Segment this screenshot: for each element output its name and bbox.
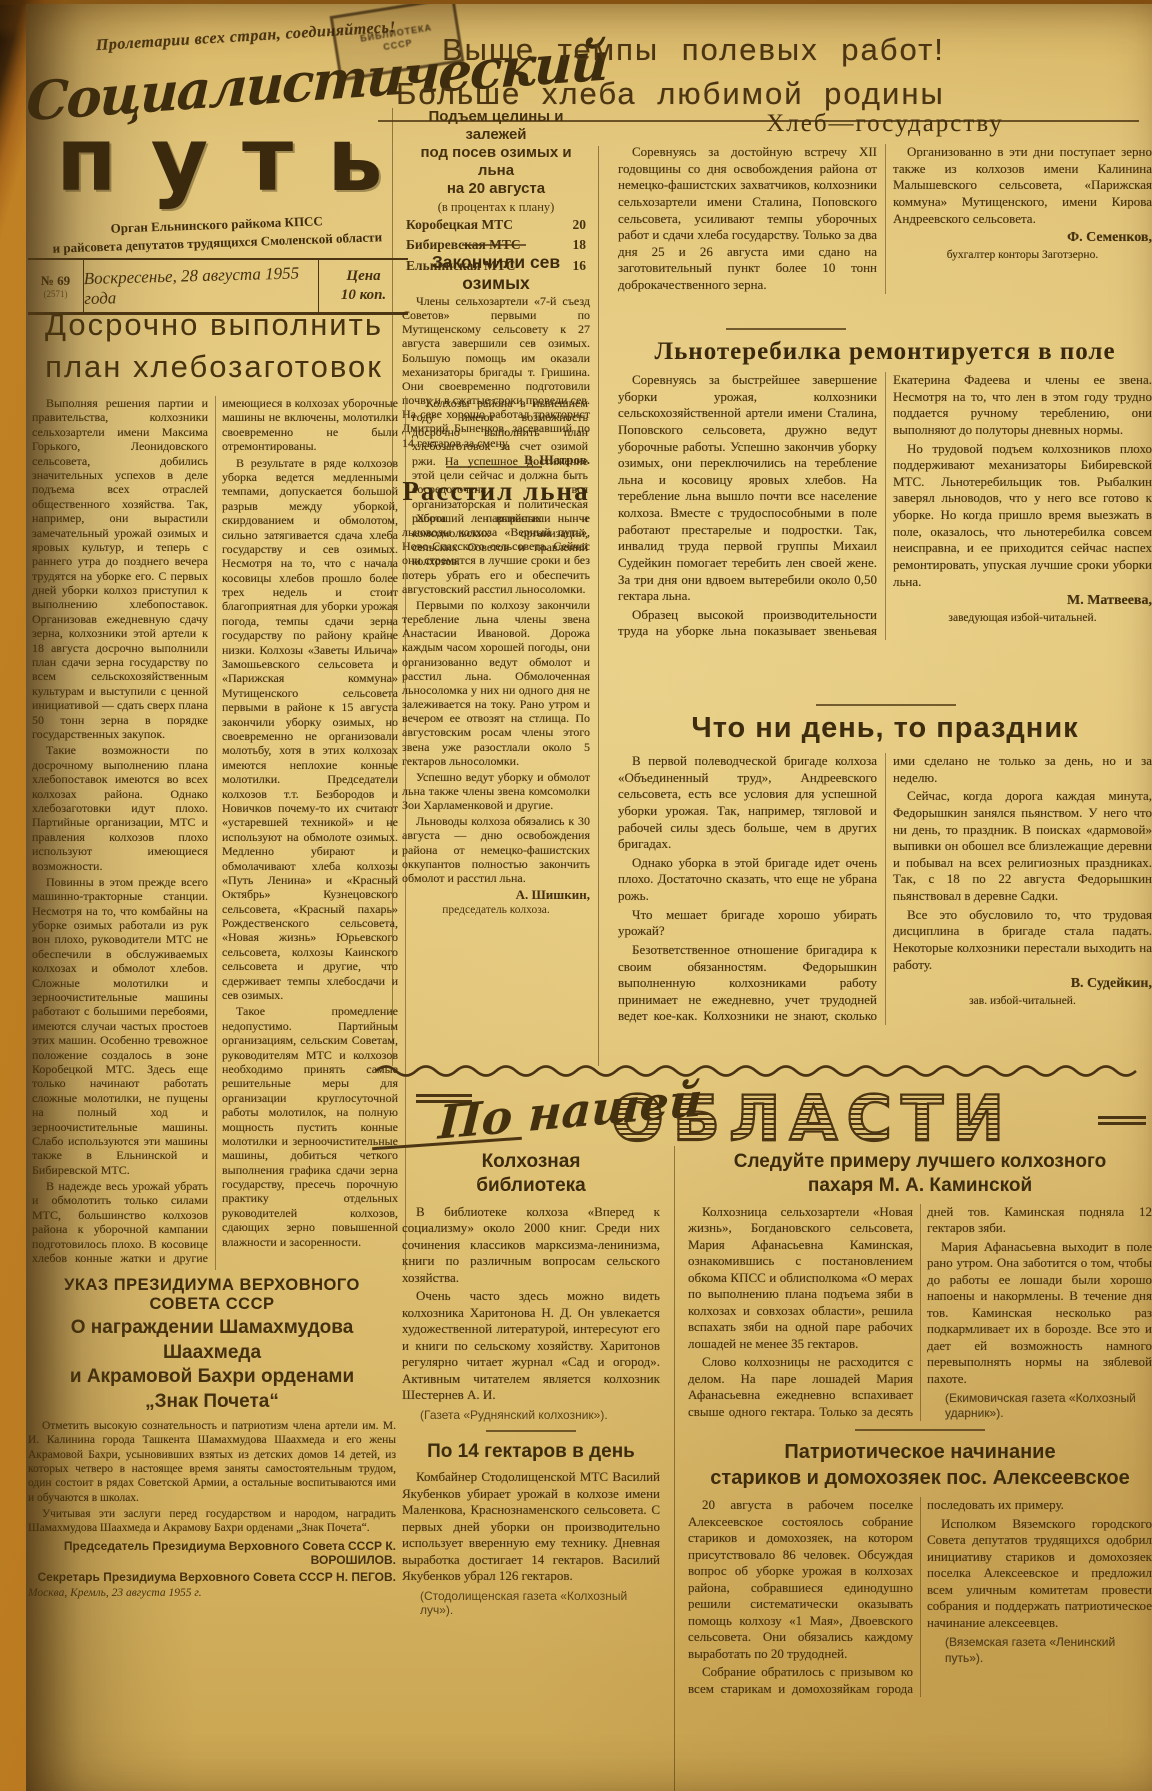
price-value: 10 коп.	[341, 286, 386, 306]
wavy-divider	[376, 1064, 1152, 1078]
paragraph: Повинны в этом прежде всего машинно-трак…	[32, 875, 208, 1177]
hectares-body: Комбайнер Стодолищенской МТС Василий Яку…	[402, 1469, 660, 1585]
editorial-body: Выполняя решения партии и правительства,…	[32, 396, 398, 1270]
paragraph: Хороший лен вырастили нынче льноводы кол…	[402, 511, 590, 596]
paragraph: 20 августа в рабочем поселке Алексеевско…	[688, 1497, 913, 1662]
paragraph: Комбайнер Стодолищенской МТС Василий Яку…	[402, 1469, 660, 1585]
prazdnik-signature-role: зав. избой-читальней.	[893, 994, 1152, 1009]
newspaper-page: Пролетарии всех стран, соединяйтесь! БИБ…	[26, 4, 1152, 1791]
progress-title-line: Подъем целины и залежей	[402, 108, 590, 144]
editorial-title: Досрочно выполнить план хлебозаготовок	[28, 304, 400, 388]
paragraph: Такое промедление недопустимо. Партийным…	[222, 1004, 398, 1249]
ukaz-subtitle: О награждении Шамахмудова Шаахмеда и Акр…	[28, 1316, 396, 1415]
article-lnoterebilka: Льнотеребилка ремонтируется в поле Сорев…	[618, 338, 1152, 640]
hectares-title: По 14 гектаров в день	[402, 1440, 660, 1464]
patriot-title: Патриотическое начинание стариков и домо…	[688, 1439, 1152, 1491]
column-rule	[674, 1146, 675, 1791]
masthead-title-block: путь	[32, 116, 404, 204]
editorial-title-line: план хлебозаготовок	[28, 346, 400, 388]
paragraph: Соревнуясь за быстрейшее завершение убор…	[618, 372, 877, 605]
paragraph: Члены сельхозартели «7-й съезд Советов» …	[402, 294, 590, 450]
paragraph: Сейчас, когда дорога каждая минута, Федо…	[893, 788, 1152, 904]
library-title: Колхозная библиотека	[402, 1150, 660, 1198]
paragraph: В первой полеводческой бригаде колхоза «…	[618, 753, 877, 853]
paragraph: В библиотеке колхоза «Вперед к социализм…	[402, 1204, 660, 1287]
paragraph: Выполняя решения партии и правительства,…	[32, 396, 208, 741]
kaminskaya-title-line: пахаря М. А. Каминской	[688, 1174, 1152, 1198]
library-title-line: Колхозная	[402, 1150, 660, 1174]
progress-title: Подъем целины и залежей под посев озимых…	[402, 108, 590, 198]
prazdnik-body: В первой полеводческой бригаде колхоза «…	[618, 753, 1152, 1025]
issue-number: № 69	[41, 273, 70, 289]
library-body: В библиотеке колхоза «Вперед к социализм…	[402, 1204, 660, 1404]
mts-name: Коробецкая МТС	[406, 215, 513, 235]
paragraph: Что мешает бригаде хорошо убирать урожай…	[618, 907, 877, 940]
patriot-title-line: стариков и домохозяек пос. Алексеевское	[688, 1465, 1152, 1491]
hleb-title: Хлеб—государству	[618, 110, 1152, 138]
sev-title: Закончили сев озимых	[402, 252, 590, 294]
kaminskaya-title-line: Следуйте примеру лучшего колхозного	[688, 1150, 1152, 1174]
rasstil-signature: А. Шишкин,	[402, 887, 590, 903]
table-row: Коробецкая МТС 20	[402, 215, 590, 235]
separator	[855, 1429, 985, 1431]
ukaz-subtitle-line: „Знак Почета“	[28, 1390, 396, 1415]
bottom-column-a: Колхозная библиотека В библиотеке колхоз…	[402, 1150, 660, 1617]
progress-box: Подъем целины и залежей под посев озимых…	[402, 108, 590, 276]
article-ukaz: УКАЗ ПРЕЗИДИУМА ВЕРХОВНОГО СОВЕТА СССР О…	[28, 1276, 396, 1599]
prazdnik-signature: В. Судейкин,	[893, 975, 1152, 993]
prazdnik-title: Что ни день, то праздник	[618, 712, 1152, 745]
ukaz-signature-1: Председатель Президиума Верховного Совет…	[28, 1539, 396, 1567]
progress-subtitle: (в процентах к плану)	[402, 200, 590, 215]
article-sev-ozimyh: Закончили сев озимых Члены сельхозартели…	[402, 252, 590, 468]
kaminskaya-body: Колхозница сельхозартели «Новая жизнь», …	[688, 1204, 1152, 1422]
price-label: Цена	[346, 267, 380, 287]
terebilka-signature-role: заведующая избой-читальней.	[893, 611, 1152, 626]
ukaz-signature-2: Секретарь Президиума Верховного Совета С…	[28, 1570, 396, 1584]
issue-number-secondary: (2571)	[44, 289, 68, 299]
editorial-title-line: Досрочно выполнить	[28, 304, 400, 346]
article-prazdnik: Что ни день, то праздник В первой полево…	[618, 712, 1152, 1025]
patriot-body: 20 августа в рабочем поселке Алексеевско…	[688, 1497, 1152, 1697]
paragraph: Льноводы колхоза обязались к 30 августа …	[402, 814, 590, 885]
rasstil-body: Хороший лен вырастили нынче льноводы кол…	[402, 511, 590, 885]
paragraph: В результате в ряде колхозов уборка веде…	[222, 456, 398, 1003]
photo-backdrop: { "masthead": { "slogan": "Пролетарии вс…	[0, 0, 1152, 1791]
separator	[816, 704, 956, 706]
column-rule	[598, 146, 599, 1066]
paragraph: Исполком Вяземского городского Совета де…	[927, 1516, 1152, 1632]
patriot-title-line: Патриотическое начинание	[688, 1439, 1152, 1465]
article-hleb-gosudarstvu: Хлеб—государству Соревнуясь за достойную…	[618, 110, 1152, 294]
ukaz-title: УКАЗ ПРЕЗИДИУМА ВЕРХОВНОГО СОВЕТА СССР	[28, 1276, 396, 1314]
paragraph: Соревнуясь за достойную встречу XII годо…	[618, 144, 877, 294]
rasstil-title: Расстил льна	[402, 476, 590, 507]
ukaz-body: Отметить высокую сознательность и патрио…	[28, 1419, 396, 1536]
header-decoration	[1098, 1116, 1146, 1125]
separator	[462, 244, 526, 246]
separator	[486, 1430, 576, 1432]
paragraph: Такие возможности по досрочному выполнен…	[32, 743, 208, 873]
library-title-line: библиотека	[402, 1174, 660, 1198]
rasstil-signature-role: председатель колхоза.	[402, 904, 590, 916]
paragraph: Колхозница сельхозартели «Новая жизнь», …	[688, 1204, 913, 1353]
progress-title-line: на 20 августа	[402, 180, 590, 198]
hleb-body: Соревнуясь за достойную встречу XII годо…	[618, 144, 1152, 294]
ukaz-subtitle-line: и Акрамовой Бахри орденами	[28, 1365, 396, 1390]
paragraph: Учитывая эти заслуги перед государством …	[28, 1507, 396, 1536]
masthead-organ-lines: Орган Ельнинского райкома КПСС и райсове…	[28, 209, 407, 257]
mts-value: 20	[573, 215, 587, 235]
article-rasstil-lna: Расстил льна Хороший лен вырастили нынче…	[402, 476, 590, 916]
library-credit: (Газета «Руднянский колхозник»).	[402, 1408, 660, 1422]
paragraph: Отметить высокую сознательность и патрио…	[28, 1419, 396, 1505]
ukaz-subtitle-line: О награждении Шамахмудова Шаахмеда	[28, 1316, 396, 1365]
bottom-column-b: Следуйте примеру лучшего колхозного паха…	[688, 1150, 1152, 1697]
patriot-credit: (Вяземская газета «Ленинский путь»).	[927, 1635, 1152, 1665]
paragraph: Все это обусловило то, что трудовая дисц…	[893, 907, 1152, 974]
terebilka-signature: М. Матвеева,	[893, 592, 1152, 610]
hleb-signature: Ф. Семенков,	[893, 229, 1152, 247]
paragraph: Очень часто здесь можно видеть колхозник…	[402, 1288, 660, 1404]
hleb-signature-role: бухгалтер конторы Заготзерно.	[893, 248, 1152, 263]
hectares-credit: (Стодолищенская газета «Колхозный луч»).	[402, 1589, 660, 1617]
paragraph: Но трудовой подъем колхозников плохо под…	[893, 441, 1152, 591]
paragraph: Успешно ведут уборку и обмолот льна такж…	[402, 770, 590, 812]
banner-line-1: Выше темпы полевых работ!	[378, 32, 1152, 68]
ukaz-dateline: Москва, Кремль, 23 августа 1955 г.	[28, 1587, 396, 1599]
paragraph: Организованно в эти дни поступает зерно …	[893, 144, 1152, 227]
progress-title-line: под посев озимых и льна	[402, 144, 590, 180]
paragraph: Мария Афанасьевна выходит в поле рано ут…	[927, 1239, 1152, 1388]
kaminskaya-title: Следуйте примеру лучшего колхозного паха…	[688, 1150, 1152, 1198]
sev-body: Члены сельхозартели «7-й съезд Советов» …	[402, 294, 590, 450]
paragraph: Однако уборка в этой бригаде идет очень …	[618, 855, 877, 905]
paragraph: Первыми по колхозу закончили теребление …	[402, 598, 590, 768]
terebilka-body: Соревнуясь за быстрейшее завершение убор…	[618, 372, 1152, 640]
separator	[446, 466, 542, 468]
kaminskaya-credit: (Екимовичская газета «Колхозный ударник»…	[927, 1391, 1152, 1421]
terebilka-title: Льнотеребилка ремонтируется в поле	[618, 338, 1152, 366]
separator	[726, 328, 846, 330]
